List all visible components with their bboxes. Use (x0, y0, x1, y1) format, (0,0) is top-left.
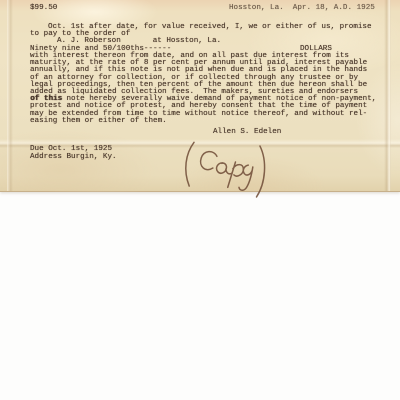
body-line: easing them or either of them. (30, 118, 376, 125)
handwritten-copy-annotation (175, 132, 272, 202)
photo-background: $99.50 Hosston, La. Apr. 18, A.D. 1925 O… (0, 0, 400, 400)
signature-typed: Allen S. Edelen (213, 129, 281, 136)
note-amount: $99.50 (30, 5, 57, 12)
promissory-note-paper: $99.50 Hosston, La. Apr. 18, A.D. 1925 O… (0, 0, 400, 192)
note-body-paragraph: with interest thereon from date, and on … (30, 53, 376, 125)
typewriter-overstrike: of this (31, 97, 63, 104)
place-date-line: Hosston, La. Apr. 18, A.D. 1925 (229, 5, 375, 12)
copy-handwriting-icon (175, 132, 272, 202)
left-fold-crease (7, 0, 13, 191)
right-fold-crease (384, 0, 391, 191)
address-line: Address Burgin, Ky. (30, 154, 117, 161)
